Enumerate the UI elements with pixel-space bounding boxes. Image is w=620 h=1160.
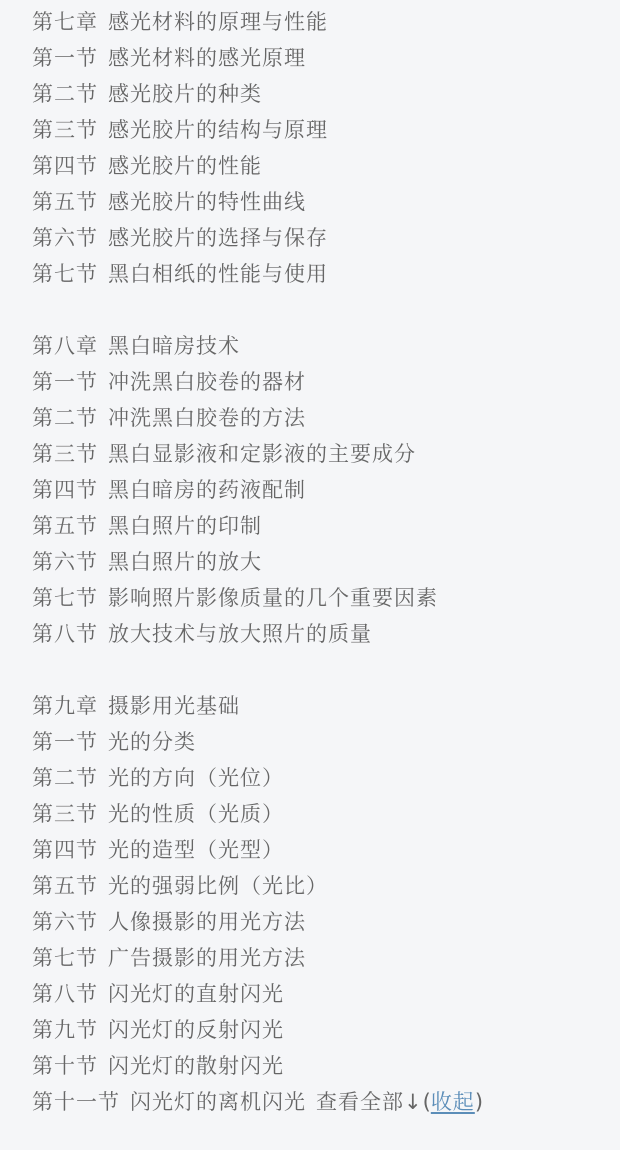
section-item: 第六节黑白照片的放大 xyxy=(32,544,620,580)
section-number: 第一节 xyxy=(32,730,98,754)
section-title: 闪光灯的直射闪光 xyxy=(108,982,284,1006)
section-item: 第四节感光胶片的性能 xyxy=(32,148,620,184)
section-item: 第七节黑白相纸的性能与使用 xyxy=(32,256,620,292)
section-title: 人像摄影的用光方法 xyxy=(108,910,306,934)
chapter-heading: 第八章黑白暗房技术 xyxy=(32,328,620,364)
section-number: 第二节 xyxy=(32,766,98,790)
section-item: 第二节光的方向（光位） xyxy=(32,760,620,796)
chapter-9: 第九章摄影用光基础 第一节光的分类 第二节光的方向（光位） 第三节光的性质（光质… xyxy=(32,688,620,1120)
chapter-heading: 第九章摄影用光基础 xyxy=(32,688,620,724)
chapter-number: 第九章 xyxy=(32,694,98,718)
section-item-last: 第十一节闪光灯的离机闪光查看全部↓(收起) xyxy=(32,1084,620,1120)
section-title: 感光胶片的结构与原理 xyxy=(108,118,328,142)
section-title: 放大技术与放大照片的质量 xyxy=(108,622,372,646)
section-number: 第七节 xyxy=(32,586,98,610)
chapter-number: 第七章 xyxy=(32,10,98,34)
chapter-7: 第七章感光材料的原理与性能 第一节感光材料的感光原理 第二节感光胶片的种类 第三… xyxy=(32,4,620,292)
section-number: 第六节 xyxy=(32,550,98,574)
paren-close: ) xyxy=(475,1090,483,1114)
section-number: 第五节 xyxy=(32,874,98,898)
section-number: 第二节 xyxy=(32,82,98,106)
section-item: 第二节感光胶片的种类 xyxy=(32,76,620,112)
section-number: 第二节 xyxy=(32,406,98,430)
section-item: 第六节感光胶片的选择与保存 xyxy=(32,220,620,256)
section-title: 影响照片影像质量的几个重要因素 xyxy=(108,586,438,610)
section-number: 第四节 xyxy=(32,478,98,502)
section-number: 第十一节 xyxy=(32,1090,120,1114)
section-number: 第六节 xyxy=(32,910,98,934)
section-title: 冲洗黑白胶卷的器材 xyxy=(108,370,306,394)
section-title: 感光胶片的性能 xyxy=(108,154,262,178)
section-number: 第四节 xyxy=(32,154,98,178)
section-number: 第八节 xyxy=(32,622,98,646)
section-number: 第五节 xyxy=(32,190,98,214)
chapter-title: 感光材料的原理与性能 xyxy=(108,10,328,34)
section-item: 第三节感光胶片的结构与原理 xyxy=(32,112,620,148)
section-item: 第三节光的性质（光质） xyxy=(32,796,620,832)
section-item: 第九节闪光灯的反射闪光 xyxy=(32,1012,620,1048)
section-number: 第四节 xyxy=(32,838,98,862)
section-number: 第六节 xyxy=(32,226,98,250)
section-number: 第三节 xyxy=(32,442,98,466)
section-title: 闪光灯的散射闪光 xyxy=(108,1054,284,1078)
paren-open: ( xyxy=(423,1090,431,1114)
table-of-contents: 第七章感光材料的原理与性能 第一节感光材料的感光原理 第二节感光胶片的种类 第三… xyxy=(0,0,620,1150)
section-item: 第十节闪光灯的散射闪光 xyxy=(32,1048,620,1084)
section-item: 第四节光的造型（光型） xyxy=(32,832,620,868)
chapter-heading: 第七章感光材料的原理与性能 xyxy=(32,4,620,40)
section-number: 第三节 xyxy=(32,118,98,142)
section-item: 第五节感光胶片的特性曲线 xyxy=(32,184,620,220)
section-item: 第五节光的强弱比例（光比） xyxy=(32,868,620,904)
section-title: 光的性质（光质） xyxy=(108,802,284,826)
section-title: 黑白显影液和定影液的主要成分 xyxy=(108,442,416,466)
chapter-title: 黑白暗房技术 xyxy=(108,334,240,358)
section-number: 第八节 xyxy=(32,982,98,1006)
section-title: 感光胶片的选择与保存 xyxy=(108,226,328,250)
section-item: 第七节影响照片影像质量的几个重要因素 xyxy=(32,580,620,616)
section-number: 第五节 xyxy=(32,514,98,538)
section-number: 第一节 xyxy=(32,370,98,394)
section-number: 第一节 xyxy=(32,46,98,70)
view-all-label[interactable]: 查看全部↓ xyxy=(316,1090,423,1114)
section-title: 感光胶片的种类 xyxy=(108,82,262,106)
section-title: 黑白照片的印制 xyxy=(108,514,262,538)
section-item: 第四节黑白暗房的药液配制 xyxy=(32,472,620,508)
section-item: 第六节人像摄影的用光方法 xyxy=(32,904,620,940)
chapter-8: 第八章黑白暗房技术 第一节冲洗黑白胶卷的器材 第二节冲洗黑白胶卷的方法 第三节黑… xyxy=(32,328,620,652)
section-item: 第八节放大技术与放大照片的质量 xyxy=(32,616,620,652)
section-item: 第一节冲洗黑白胶卷的器材 xyxy=(32,364,620,400)
collapse-link[interactable]: 收起 xyxy=(431,1090,475,1114)
section-title: 感光材料的感光原理 xyxy=(108,46,306,70)
section-number: 第三节 xyxy=(32,802,98,826)
section-item: 第五节黑白照片的印制 xyxy=(32,508,620,544)
chapter-title: 摄影用光基础 xyxy=(108,694,240,718)
section-title: 黑白暗房的药液配制 xyxy=(108,478,306,502)
section-title: 闪光灯的反射闪光 xyxy=(108,1018,284,1042)
section-title: 闪光灯的离机闪光 xyxy=(130,1090,306,1114)
section-item: 第二节冲洗黑白胶卷的方法 xyxy=(32,400,620,436)
section-number: 第七节 xyxy=(32,946,98,970)
section-title: 黑白相纸的性能与使用 xyxy=(108,262,328,286)
section-title: 光的分类 xyxy=(108,730,196,754)
section-title: 光的强弱比例（光比） xyxy=(108,874,328,898)
section-number: 第七节 xyxy=(32,262,98,286)
section-item: 第一节感光材料的感光原理 xyxy=(32,40,620,76)
section-item: 第三节黑白显影液和定影液的主要成分 xyxy=(32,436,620,472)
section-item: 第一节光的分类 xyxy=(32,724,620,760)
section-number: 第九节 xyxy=(32,1018,98,1042)
section-title: 冲洗黑白胶卷的方法 xyxy=(108,406,306,430)
chapter-number: 第八章 xyxy=(32,334,98,358)
section-title: 光的造型（光型） xyxy=(108,838,284,862)
section-title: 广告摄影的用光方法 xyxy=(108,946,306,970)
section-item: 第八节闪光灯的直射闪光 xyxy=(32,976,620,1012)
section-title: 光的方向（光位） xyxy=(108,766,284,790)
section-number: 第十节 xyxy=(32,1054,98,1078)
section-title: 黑白照片的放大 xyxy=(108,550,262,574)
section-item: 第七节广告摄影的用光方法 xyxy=(32,940,620,976)
section-title: 感光胶片的特性曲线 xyxy=(108,190,306,214)
